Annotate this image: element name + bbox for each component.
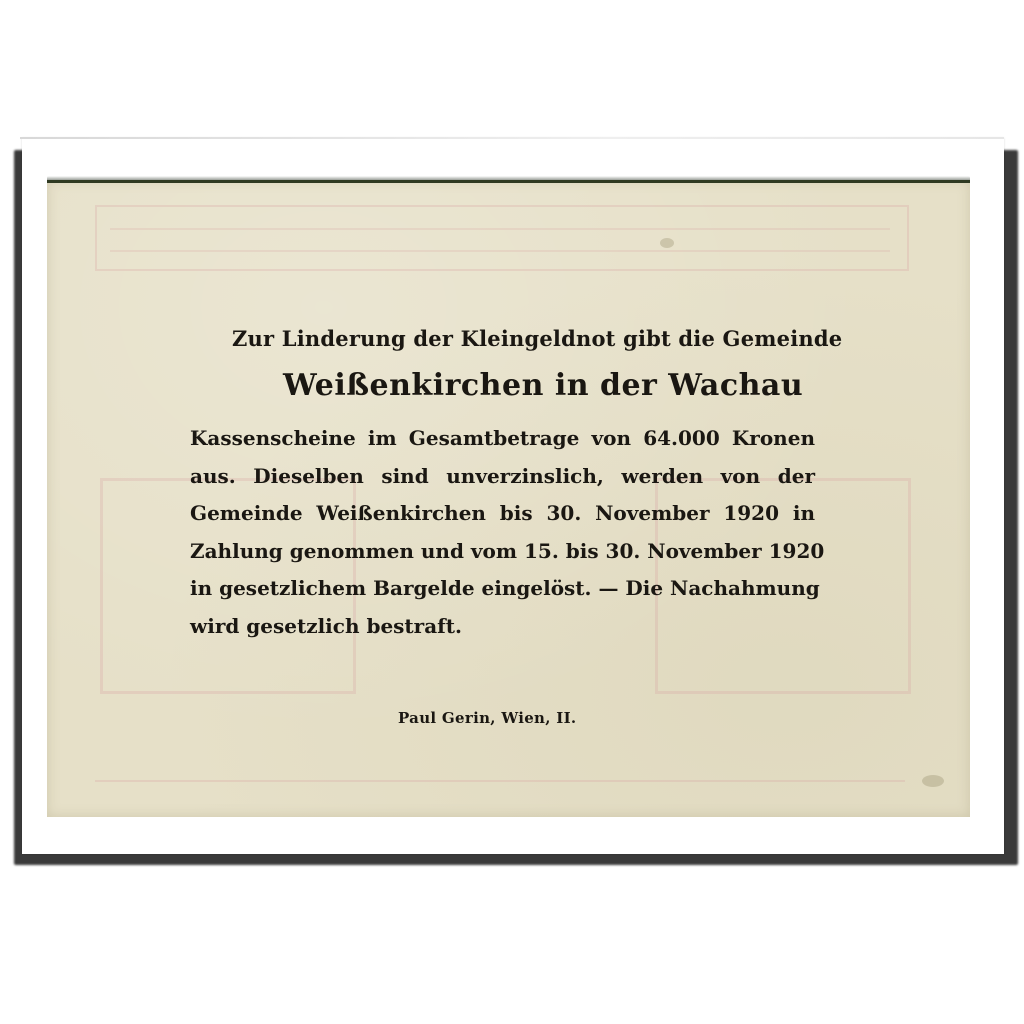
paper-stain (660, 238, 674, 248)
body-line: Zahlung genommen und vom 15. bis 30. Nov… (190, 533, 815, 571)
guilloche-top-frame (95, 205, 909, 271)
body-line: aus. Dieselben sind unverzinslich, werde… (190, 458, 815, 496)
paper-stain (922, 775, 944, 787)
printer-imprint: Paul Gerin, Wien, II. (398, 709, 576, 727)
town-name-heading: Weißenkirchen in der Wachau (283, 368, 803, 403)
intro-line: Zur Linderung der Kleingeldnot gibt die … (232, 326, 842, 351)
body-line: Kassenscheine im Gesamtbetrage von 64.00… (190, 420, 815, 458)
guilloche-line (110, 228, 890, 230)
body-line: in gesetzlichem Bargelde eingelöst. — Di… (190, 570, 815, 608)
guilloche-line (110, 250, 890, 252)
body-line: wird gesetzlich bestraft. (190, 608, 815, 646)
guilloche-bottom-line (95, 770, 905, 782)
body-line: Gemeinde Weißenkirchen bis 30. November … (190, 495, 815, 533)
mount-edge (20, 137, 1004, 139)
note-body-text: Kassenscheine im Gesamtbetrage von 64.00… (190, 420, 815, 645)
